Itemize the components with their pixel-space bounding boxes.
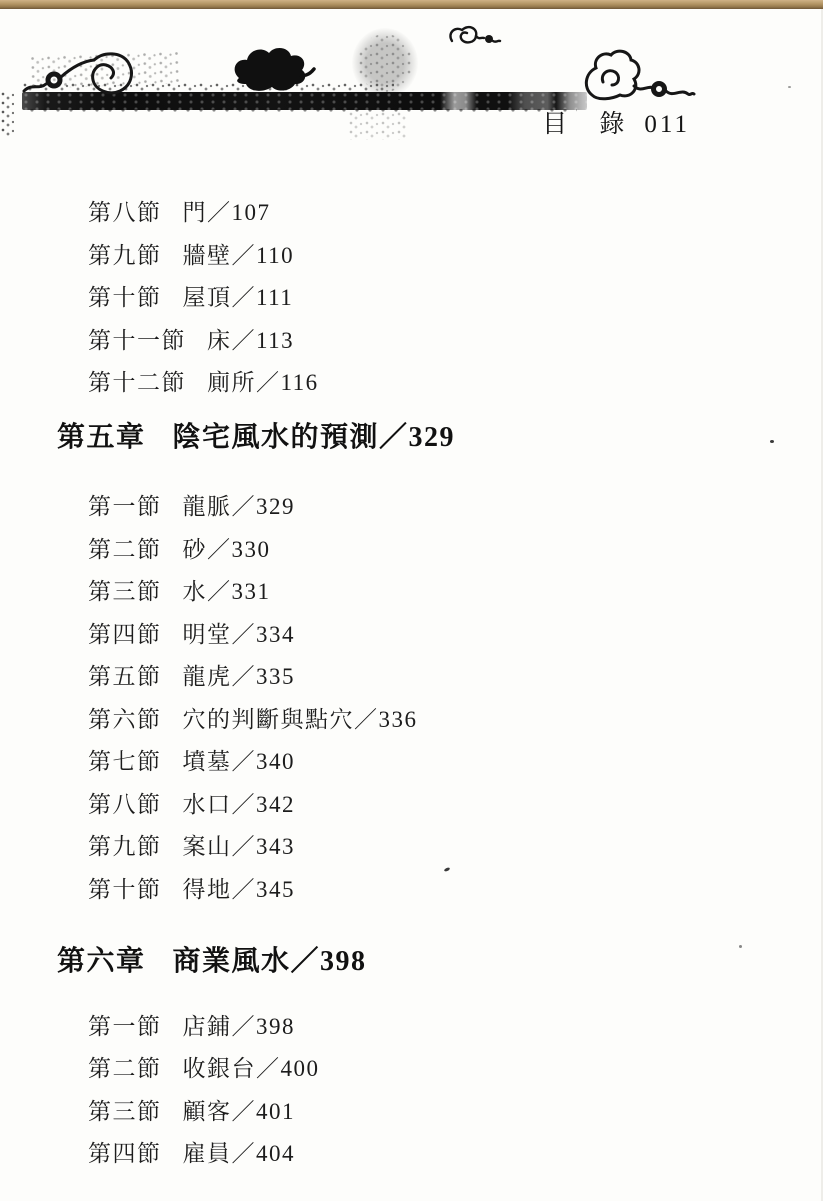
section-label: 第一節	[88, 494, 162, 519]
section-title: 廁所	[207, 370, 256, 395]
section-page-number: 404	[256, 1141, 295, 1166]
section-title: 得地	[183, 877, 232, 902]
slash-separator: ／	[232, 1099, 257, 1124]
slash-separator: ／	[232, 494, 257, 519]
slash-separator: ／	[256, 1056, 281, 1081]
section-page-number: 329	[256, 494, 295, 519]
chapter-label: 第六章	[57, 946, 146, 977]
section-title: 穴的判斷與點穴	[183, 707, 355, 732]
section-page-number: 400	[281, 1056, 320, 1081]
toc-entry: 第八節水口／342	[88, 793, 793, 816]
toc-entry: 第四節明堂／334	[88, 623, 793, 646]
slash-separator: ／	[207, 579, 232, 604]
section-page-number: 334	[256, 622, 295, 647]
toc-entry: 第六節穴的判斷與點穴／336	[88, 708, 793, 731]
slash-separator: ／	[291, 946, 321, 977]
chapter-title: 商業風水	[173, 946, 291, 977]
section-title: 砂	[183, 537, 208, 562]
section-page-number: 330	[232, 537, 271, 562]
slash-separator: ／	[232, 285, 257, 310]
toc-entry: 第九節案山／343	[88, 835, 793, 858]
cloud-scroll-ornaments	[0, 0, 823, 165]
section-title: 案山	[183, 834, 232, 859]
section-label: 第十節	[88, 285, 162, 310]
section-label: 第九節	[88, 834, 162, 859]
section-title: 水口	[183, 792, 232, 817]
section-label: 第四節	[88, 622, 162, 647]
section-title: 床	[207, 328, 232, 353]
section-label: 第一節	[88, 1014, 162, 1039]
section-page-number: 331	[232, 579, 271, 604]
slash-separator: ／	[232, 622, 257, 647]
slash-separator: ／	[232, 243, 257, 268]
ink-cloud-middle-icon	[235, 48, 314, 91]
toc-entry: 第七節墳墓／340	[88, 750, 793, 773]
scan-speck	[739, 945, 742, 948]
slash-separator: ／	[232, 792, 257, 817]
section-title: 屋頂	[183, 285, 232, 310]
table-of-contents: 第八節門／107 第九節牆壁／110 第十節屋頂／111 第十一節床／113 第…	[57, 201, 793, 1165]
chapter-label: 第五章	[57, 422, 146, 453]
slash-separator: ／	[256, 370, 281, 395]
book-page: 目 錄 011 第八節門／107 第九節牆壁／110 第十節屋頂／111 第十一…	[0, 0, 823, 1201]
section-label: 第三節	[88, 1099, 162, 1124]
section-title: 龍脈	[183, 494, 232, 519]
scroll-cloud-left-icon	[24, 54, 131, 93]
scroll-cloud-right-icon	[586, 51, 694, 99]
slash-separator: ／	[232, 834, 257, 859]
toc-entry: 第十節屋頂／111	[88, 286, 793, 309]
section-title: 水	[183, 579, 208, 604]
section-page-number: 340	[256, 749, 295, 774]
section-label: 第八節	[88, 792, 162, 817]
running-head-page-number: 011	[644, 111, 690, 139]
section-label: 第十節	[88, 877, 162, 902]
slash-separator: ／	[379, 422, 409, 453]
slash-separator: ／	[232, 1141, 257, 1166]
section-title: 門	[183, 200, 208, 225]
slash-separator: ／	[232, 664, 257, 689]
section-label: 第十二節	[88, 370, 186, 395]
section-page-number: 336	[379, 707, 418, 732]
section-title: 店鋪	[183, 1014, 232, 1039]
section-page-number: 335	[256, 664, 295, 689]
slash-separator: ／	[354, 707, 379, 732]
section-label: 第七節	[88, 749, 162, 774]
slash-separator: ／	[232, 749, 257, 774]
section-label: 第八節	[88, 200, 162, 225]
section-page-number: 401	[256, 1099, 295, 1124]
chapter-title: 陰宅風水的預測	[173, 422, 380, 453]
section-title: 明堂	[183, 622, 232, 647]
toc-entry: 第四節雇員／404	[88, 1142, 793, 1165]
toc-entry: 第十一節床／113	[88, 329, 793, 352]
header-decoration	[0, 0, 823, 165]
section-label: 第九節	[88, 243, 162, 268]
section-page-number: 398	[256, 1014, 295, 1039]
section-title: 牆壁	[183, 243, 232, 268]
scan-speck	[770, 440, 774, 443]
chapter-page-number: 398	[320, 946, 367, 977]
section-title: 顧客	[183, 1099, 232, 1124]
slash-separator: ／	[232, 877, 257, 902]
section-page-number: 110	[256, 243, 294, 268]
section-page-number: 342	[256, 792, 295, 817]
small-scroll-cloud-icon	[450, 27, 500, 43]
slash-separator: ／	[207, 537, 232, 562]
chapter-page-number: 329	[409, 422, 456, 453]
section-label: 第三節	[88, 579, 162, 604]
section-label: 第十一節	[88, 328, 186, 353]
slash-separator: ／	[207, 200, 232, 225]
section-page-number: 345	[256, 877, 295, 902]
toc-entry: 第八節門／107	[88, 201, 793, 224]
chapter-heading-6: 第六章商業風水／398	[57, 948, 793, 976]
toc-entry: 第三節顧客／401	[88, 1100, 793, 1123]
toc-section-list-intro: 第八節門／107 第九節牆壁／110 第十節屋頂／111 第十一節床／113 第…	[57, 201, 793, 394]
section-page-number: 107	[232, 200, 271, 225]
toc-entry: 第一節店鋪／398	[88, 1015, 793, 1038]
section-label: 第五節	[88, 664, 162, 689]
section-page-number: 116	[281, 370, 319, 395]
toc-entry: 第十節得地／345	[88, 878, 793, 901]
section-label: 第二節	[88, 1056, 162, 1081]
section-label: 第二節	[88, 537, 162, 562]
toc-entry: 第一節龍脈／329	[88, 495, 793, 518]
section-label: 第四節	[88, 1141, 162, 1166]
section-label: 第六節	[88, 707, 162, 732]
toc-entry: 第九節牆壁／110	[88, 244, 793, 267]
toc-entry: 第十二節廁所／116	[88, 371, 793, 394]
toc-entry: 第二節收銀台／400	[88, 1057, 793, 1080]
section-page-number: 111	[256, 285, 293, 310]
toc-section-list-chapter-5: 第一節龍脈／329 第二節砂／330 第三節水／331 第四節明堂／334 第五…	[57, 495, 793, 901]
toc-section-list-chapter-6: 第一節店鋪／398 第二節收銀台／400 第三節顧客／401 第四節雇員／404	[57, 1015, 793, 1166]
toc-entry: 第五節龍虎／335	[88, 665, 793, 688]
section-title: 墳墓	[183, 749, 232, 774]
slash-separator: ／	[232, 1014, 257, 1039]
section-title: 龍虎	[183, 664, 232, 689]
toc-entry: 第三節水／331	[88, 580, 793, 603]
running-head: 目 錄 011	[542, 111, 690, 139]
toc-entry: 第二節砂／330	[88, 538, 793, 561]
section-page-number: 343	[256, 834, 295, 859]
running-head-title: 目 錄	[542, 111, 626, 139]
slash-separator: ／	[232, 328, 257, 353]
chapter-heading-5: 第五章陰宅風水的預測／329	[57, 424, 793, 452]
section-title: 收銀台	[183, 1056, 257, 1081]
scan-speck	[788, 86, 791, 88]
section-page-number: 113	[256, 328, 294, 353]
section-title: 雇員	[183, 1141, 232, 1166]
